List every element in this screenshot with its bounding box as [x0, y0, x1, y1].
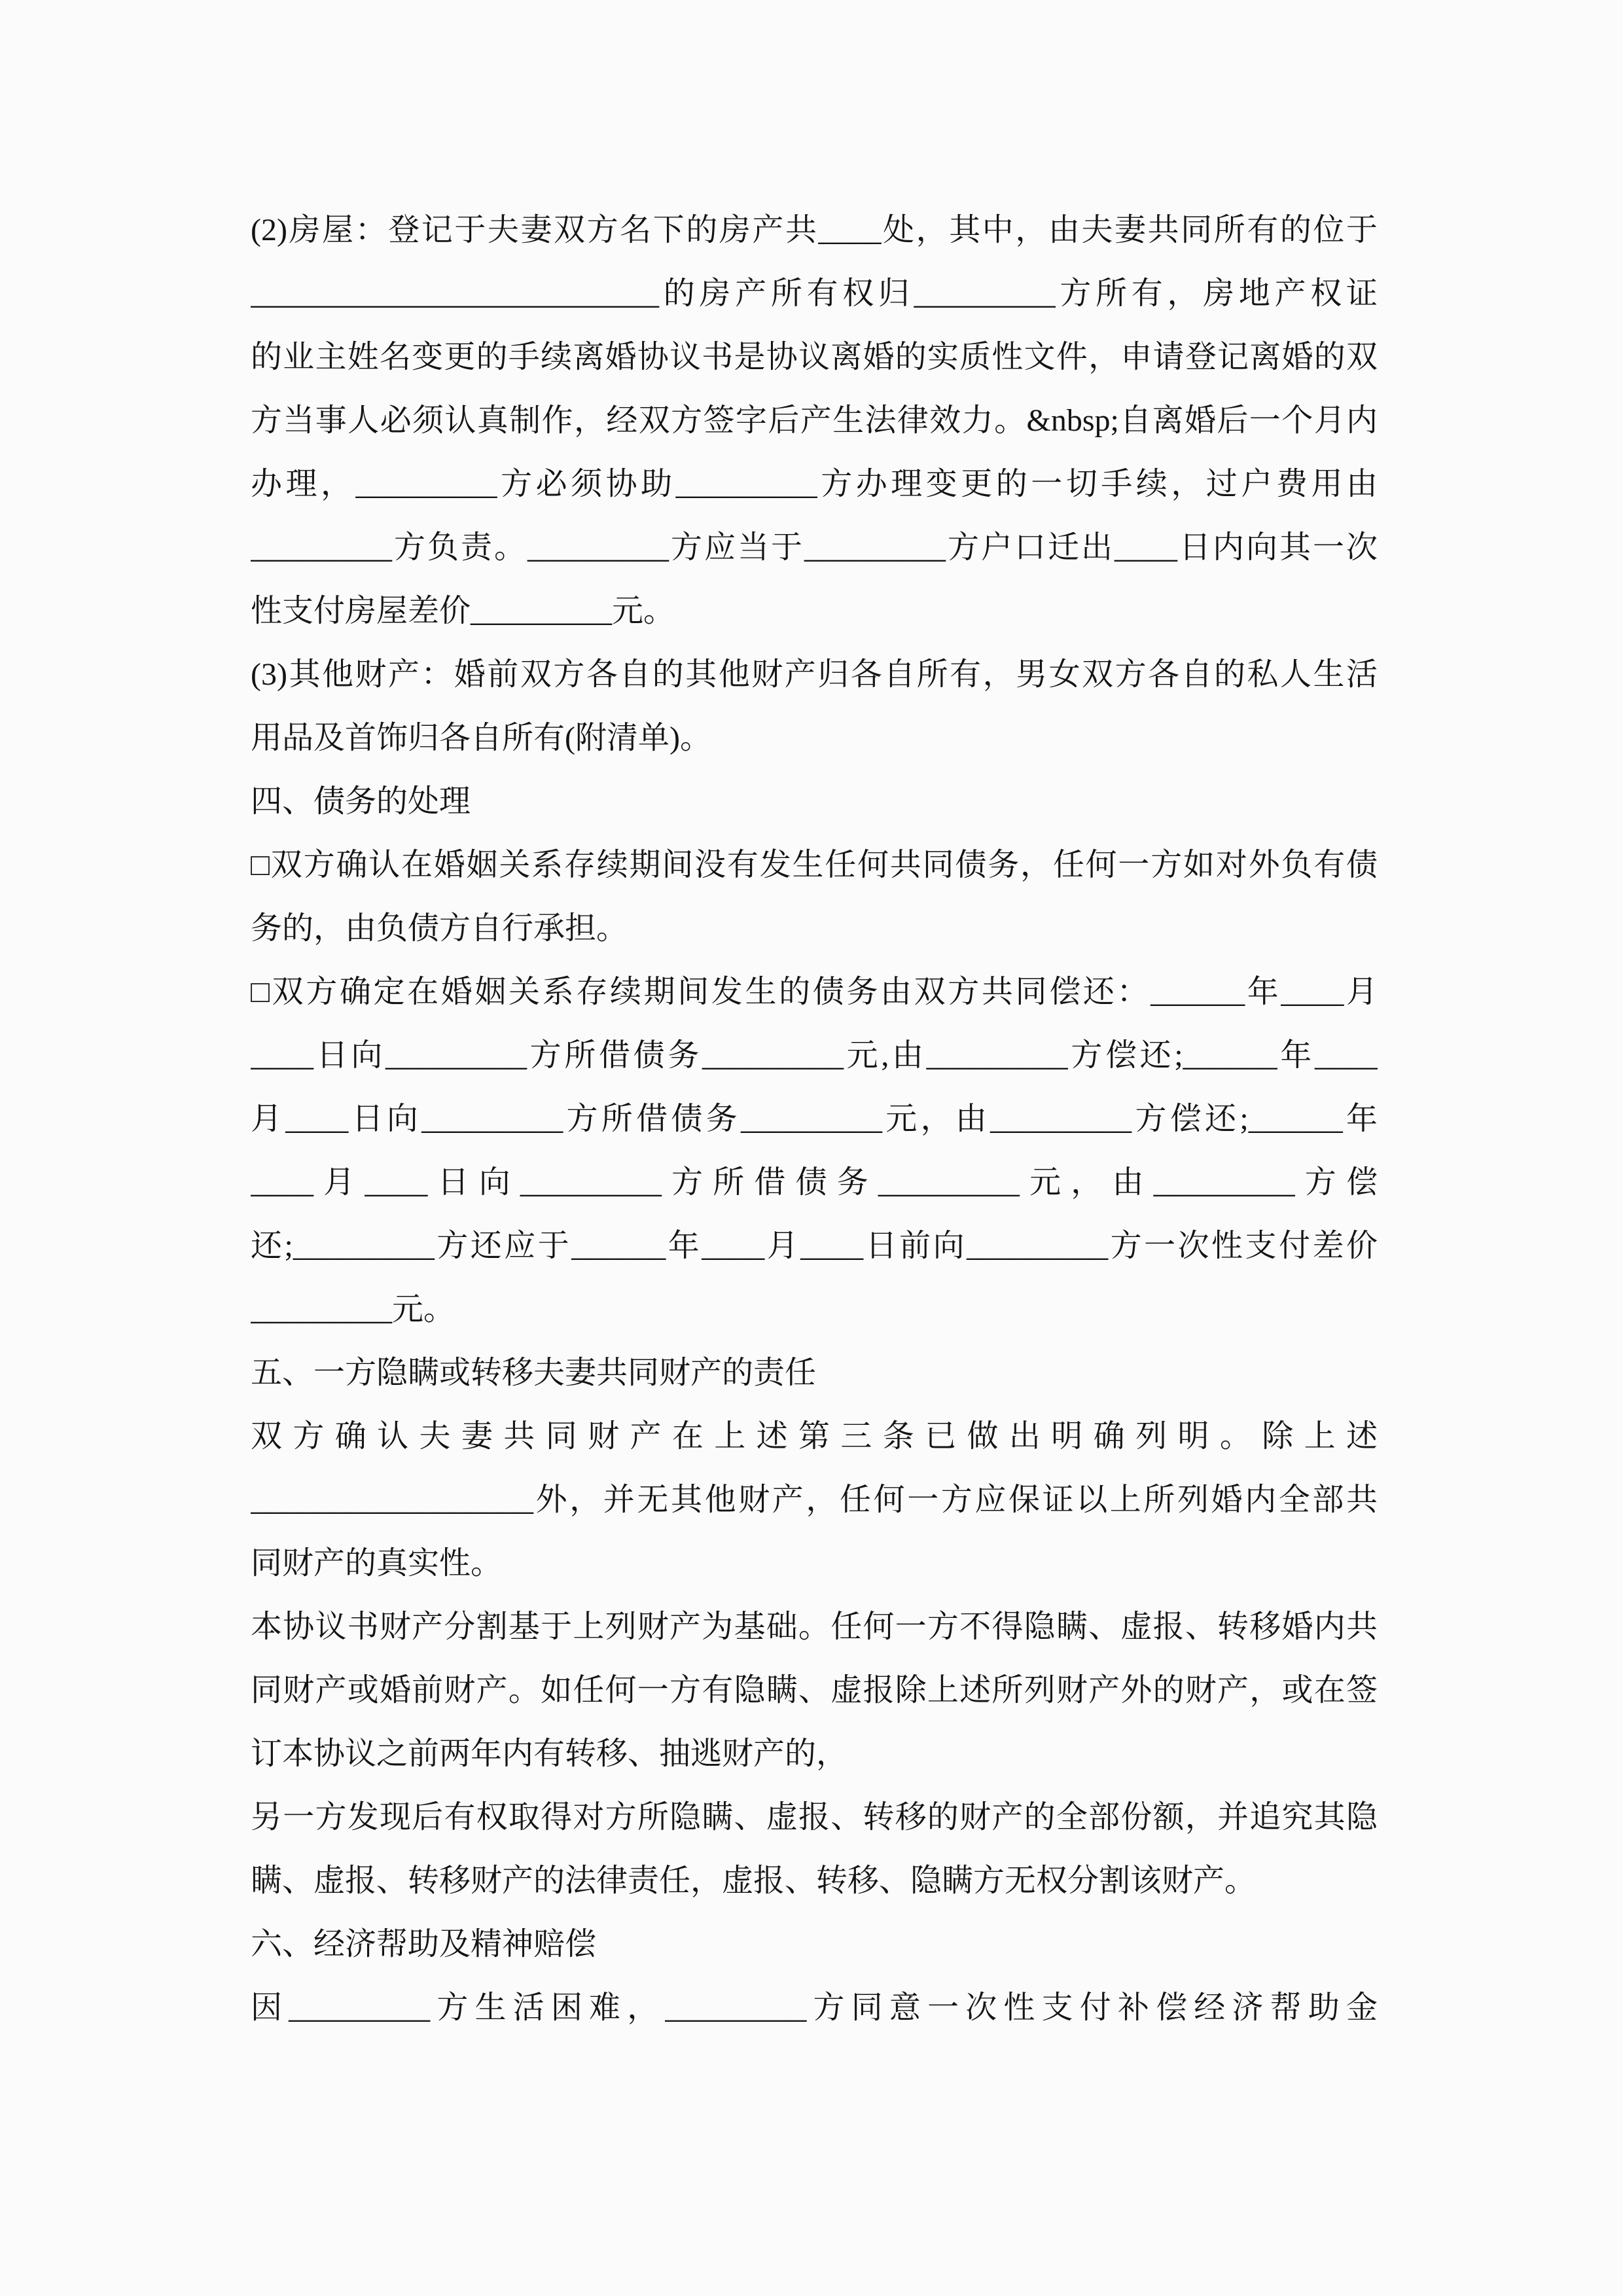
document-line: 另一方发现后有权取得对方所隐瞒、虚报、转移的财产的全部份额，并追究其隐 — [251, 1785, 1378, 1849]
document-line: 本协议书财产分割基于上列财产为基础。任何一方不得隐瞒、虚报、转移婚内共 — [251, 1595, 1378, 1659]
document-line: __________________________的房产所有权归_______… — [251, 262, 1378, 325]
document-line: ____月____日向_________方所借债务_________元，由___… — [251, 1151, 1378, 1214]
document-line: 用品及首饰归各自所有(附清单)。 — [251, 706, 1378, 770]
document-line: __________________外，并无其他财产，任何一方应保证以上所列婚内… — [251, 1468, 1378, 1532]
document-line: 五、一方隐瞒或转移夫妻共同财产的责任 — [251, 1341, 1378, 1405]
document-line: 瞒、虚报、转移财产的法律责任，虚报、转移、隐瞒方无权分割该财产。 — [251, 1849, 1378, 1912]
document-line: 还;_________方还应于______年____月____日前向______… — [251, 1214, 1378, 1278]
document-line: 订本协议之前两年内有转移、抽逃财产的， — [251, 1722, 1378, 1785]
document-line: 务的，由负债方自行承担。 — [251, 897, 1378, 960]
document-line: (3)其他财产：婚前双方各自的其他财产归各自所有，男女双方各自的私人生活 — [251, 643, 1378, 706]
document-line: ____日向_________方所借债务_________元,由________… — [251, 1024, 1378, 1087]
document-line: _________方负责。_________方应当于_________方户口迁出… — [251, 516, 1378, 579]
document-line: □双方确认在婚姻关系存续期间没有发生任何共同债务，任何一方如对外负有债 — [251, 833, 1378, 897]
document-line: 同财产或婚前财产。如任何一方有隐瞒、虚报除上述所列财产外的财产，或在签 — [251, 1659, 1378, 1722]
document-line: 因_________方生活困难，_________方同意一次性支付补偿经济帮助金 — [251, 1976, 1378, 2039]
document-line: 六、经济帮助及精神赔偿 — [251, 1912, 1378, 1976]
document-line: 办理，_________方必须协助_________方办理变更的一切手续，过户费… — [251, 452, 1378, 516]
document-line: _________元。 — [251, 1278, 1378, 1341]
document-line: 性支付房屋差价_________元。 — [251, 579, 1378, 643]
document-page: (2)房屋：登记于夫妻双方名下的房产共____处，其中，由夫妻共同所有的位于__… — [0, 0, 1623, 2296]
document-line: 的业主姓名变更的手续离婚协议书是协议离婚的实质性文件，申请登记离婚的双 — [251, 325, 1378, 389]
document-line: 月____日向_________方所借债务_________元，由_______… — [251, 1087, 1378, 1151]
document-body: (2)房屋：登记于夫妻双方名下的房产共____处，其中，由夫妻共同所有的位于__… — [251, 198, 1378, 2039]
document-line: 四、债务的处理 — [251, 770, 1378, 833]
document-line: 同财产的真实性。 — [251, 1532, 1378, 1595]
document-line: 方当事人必须认真制作，经双方签字后产生法律效力。&nbsp;自离婚后一个月内 — [251, 389, 1378, 452]
document-line: □双方确定在婚姻关系存续期间发生的债务由双方共同偿还：______年____月 — [251, 960, 1378, 1024]
document-line: (2)房屋：登记于夫妻双方名下的房产共____处，其中，由夫妻共同所有的位于 — [251, 198, 1378, 262]
document-line: 双方确认夫妻共同财产在上述第三条已做出明确列明。除上述 — [251, 1405, 1378, 1468]
